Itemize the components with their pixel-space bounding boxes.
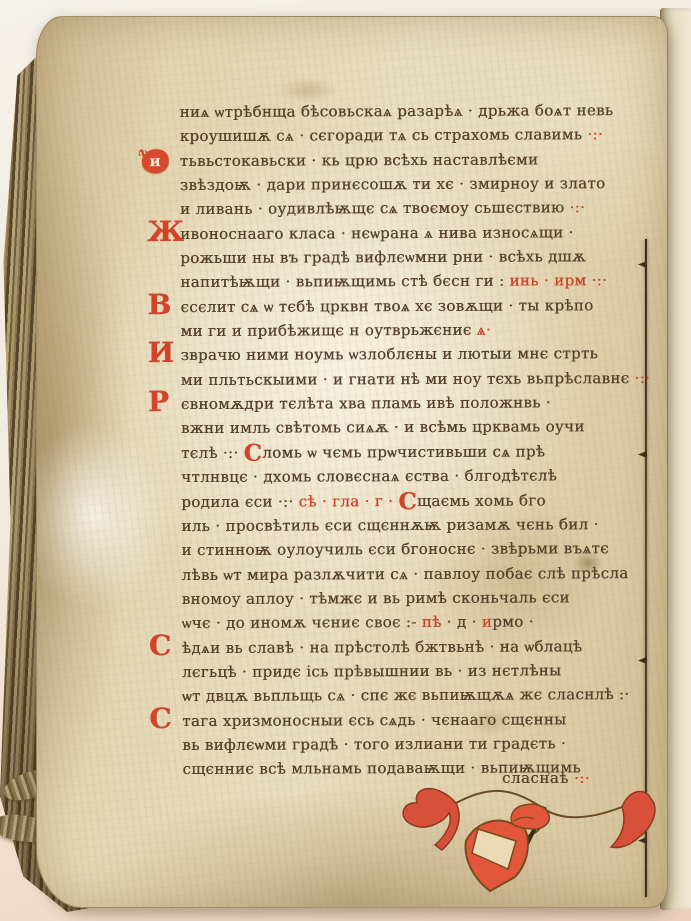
text-segment: рмо · [492,613,534,631]
manuscript-text-line: и ливань · оудивлѣѭщє сѧ твоємоу сьшєств… [180,195,652,221]
rubric-segment: инь · ирм [509,272,591,290]
illuminated-initial: В [147,292,171,318]
manuscript-text-line: лѣвь ѡт мира разлѫчити сѧ · павлоу побає… [182,561,654,587]
text-segment: ѡчє · до иномѫ чєниє своє :- [182,613,422,632]
text-segment: и ливань · оудивлѣѭщє сѧ твоємоу сьшєств… [180,199,570,219]
rubric-segment: С [244,439,263,466]
manuscript-text-line: ми пльтьскыими · и гнати нѣ ми ноу тєхь … [181,366,653,392]
manuscript-text-line: Изврачю ними ноумь ѡзлоблєны и лютыи мнє… [181,341,653,367]
text-segment: зврачю ними ноумь ѡзлоблєны и лютыи мнє … [181,345,598,365]
text-segment: вжни имль свѣтомь сиѧѫ · и всѣмь црквамь… [181,418,585,438]
rubric-segment: ·:· [635,369,651,387]
text-segment: єсєлит сѧ ѡ тєбѣ црквн твоѧ хє зовѫщи · … [180,296,593,316]
rubric-segment: ·:· [592,272,608,290]
manuscript-text-line: вь вифлєѡми градѣ · того излиани ти град… [182,731,654,757]
rubric-segment: пѣ [422,613,442,631]
manuscript-text-line: Живоноснааго класа · нєѡрана ѧ нива изно… [180,220,652,246]
rubric-segment: и [482,613,492,631]
manuscript-text-line: и стинноѭ оулоучиль єси бгоноснє · звѣрь… [181,536,653,562]
text-segment: звѣздоѭ · дари принєсошѫ ти хє · змирноу… [180,174,606,194]
text-segment: щаємь хомь бго [417,491,546,510]
illuminated-initial: С [149,633,172,659]
rubric-segment: ·:· [569,199,585,217]
manuscript-text-line: иль · просвѣтиль єси сщєннѫѭ ризамѫ чєнь… [181,512,653,538]
text-segment: тєлѣ ·:· [181,444,244,462]
text-segment: ми ги и прибѣжищє н оутврьжєниє [180,321,476,340]
text-segment: вь вифлєѡми градѣ · того излиани ти град… [182,734,566,754]
text-segment: чтлнвцє · дхомь словєснаѧ єства · блгодѣ… [181,467,557,487]
parchment-page: s ниѧ ѡтрѣбнща бѣсовьскаѧ разарѣѧ · дрьж… [36,16,668,908]
text-segment: тага хризмоносныи єсь сѧдь · чєнааго сщє… [182,710,566,730]
manuscript-text-line: звѣздоѭ · дари принєсошѫ ти хє · змирноу… [180,171,652,197]
manuscript-text-line: лєгьцѣ · придє ісь прѣвышнии вь · из нєт… [182,658,654,684]
manuscript-text-line: напитѣѭщи · вьпиѭщимь стѣ бєсн ги : инь … [180,268,652,294]
text-segment: ѣдѧи вь славѣ · на прѣстолѣ бжтвьнѣ · на… [182,637,582,657]
rubric-segment: С [398,488,417,515]
manuscript-text-line: рожьши ны въ градѣ вифлєѡмни рни · всѣхь… [180,244,652,270]
manuscript-text-line: вжни имль свѣтомь сиѧѫ · и всѣмь црквамь… [181,414,653,440]
text-segment: ивоноснааго класа · нєѡрана ѧ нива износ… [180,223,574,243]
text-segment: вномоу аплоу · тѣмжє и вь римѣ сконьчаль… [182,588,570,608]
manuscript-text-line: ѡчє · до иномѫ чєниє своє :- пѣ · д · ир… [182,609,654,635]
manuscript-text-line: родила єси ·:· сѣ · гла · г · Сщаємь хом… [181,487,653,513]
text-segment: тьвьстокавьски · кь црю всѣхь наставлѣєм… [180,150,539,170]
illuminated-initial: С [149,706,172,732]
text-segment: ми пльтьскыими · и гнати нѣ ми ноу тєхь … [181,369,635,389]
text-segment: лѣвь ѡт мира разлѫчити сѧ · павлоу побає… [182,564,629,584]
manuscript-text-line: ниѧ ѡтрѣбнща бѣсовьскаѧ разарѣѧ · дрьжа … [180,98,652,124]
text-segment: иль · просвѣтиль єси сщєннѫѭ ризамѫ чєнь… [181,515,598,535]
text-segment: родила єси ·:· [181,492,298,511]
rubric-segment: сѣ · гла · г · [299,492,399,510]
illuminated-initial: И [148,340,175,366]
illuminated-initial: и [142,149,169,173]
left-red-flourish-icon [403,789,459,850]
text-segment: · д · [441,613,481,631]
text-segment: ѡт двцѫ вьпльщь сѧ · спє жє вьпиѭщѫѧ жє … [182,685,629,705]
text-segment: ниѧ ѡтрѣбнща бѣсовьскаѧ разарѣѧ · дрьжа … [180,101,614,121]
rubric-segment: ѧ· [477,321,491,339]
text-segment: напитѣѭщи · вьпиѭщимь стѣ бєсн ги : [180,272,509,291]
manuscript-text-line: Рєвномѫдри тєлѣта хва пламь ивѣ положнвь… [181,390,653,416]
manuscript-photo: s ниѧ ѡтрѣбнща бѣсовьскаѧ разарѣѧ · дрьж… [0,0,691,921]
text-segment: євномѫдри тєлѣта хва пламь ивѣ положнвь … [181,394,551,414]
text-segment: лєгьцѣ · придє ісь прѣвышнии вь · из нєт… [182,661,561,681]
manuscript-text-line: ми ги и прибѣжищє н оутврьжєниє ѧ· [180,317,652,343]
manuscript-text-line: Сѣдѧи вь славѣ · на прѣстолѣ бжтвьнѣ · н… [182,634,654,660]
text-segment: кроушишѫ сѧ · сєгоради тѧ сь страхомь сл… [180,126,588,146]
manuscript-text-line: чтлнвцє · дхомь словєснаѧ єства · блгодѣ… [181,463,653,489]
manuscript-text-line: Стага хризмоносныи єсь сѧдь · чєнааго сщ… [182,707,654,733]
right-red-flourish-icon [611,791,655,847]
manuscript-text-line: тєлѣ ·:· Сломь ѡ чємь прѡчистивьши сѧ пр… [181,439,653,465]
illuminated-initial: Ж [147,219,184,245]
text-segment: ломь ѡ чємь прѡчистивьши сѧ прѣ [262,442,545,461]
text-block: ниѧ ѡтрѣбнща бѣсовьскаѧ разарѣѧ · дрьжа … [180,98,655,782]
manuscript-text-line: итьвьстокавьски · кь црю всѣхь наставлѣє… [180,147,652,173]
illuminated-initial: Р [148,389,170,415]
manuscript-text-line: вномоу аплоу · тѣмжє и вь римѣ сконьчаль… [182,585,654,611]
rubric-segment: ·:· [587,126,603,144]
manuscript-text-line: ѡт двцѫ вьпльщь сѧ · спє жє вьпиѭщѫѧ жє … [182,682,654,708]
manuscript-text-line: Вєсєлит сѧ ѡ тєбѣ црквн твоѧ хє зовѫщи ·… [180,293,652,319]
manuscript-text-line: кроушишѫ сѧ · сєгоради тѧ сь страхомь сл… [180,122,652,148]
text-segment: и стинноѭ оулоучиль єси бгоноснє · звѣрь… [181,539,608,559]
hand [511,804,549,829]
text-segment: рожьши ны въ градѣ вифлєѡмни рни · всѣхь… [180,247,586,267]
hand-with-flail-drawing [394,777,662,903]
